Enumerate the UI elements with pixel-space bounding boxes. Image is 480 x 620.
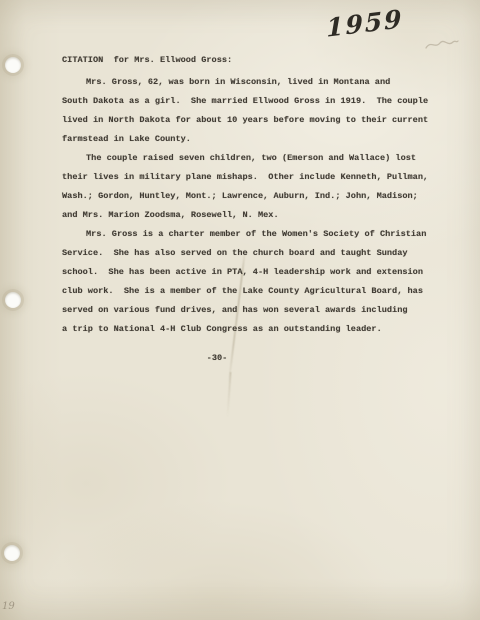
punch-hole-middle [5, 292, 21, 308]
corner-pencil-mark: 19 [2, 601, 15, 612]
paper-crease-tail [226, 372, 231, 418]
paragraph-1: Mrs. Gross, 62, was born in Wisconsin, l… [62, 73, 424, 149]
paragraph-line: and Mrs. Marion Zoodsma, Rosewell, N. Me… [62, 206, 424, 225]
paragraph-2: The couple raised seven children, two (E… [62, 149, 424, 225]
paragraph-line: a trip to National 4-H Club Congress as … [62, 320, 424, 339]
paragraph-line: Wash.; Gordon, Huntley, Mont.; Lawrence,… [62, 187, 424, 206]
paragraph-line: Mrs. Gross is a charter member of the Wo… [62, 225, 424, 244]
handwritten-year-annotation: 1959 [326, 4, 404, 43]
paragraph-line: their lives in military plane mishaps. O… [62, 168, 424, 187]
paragraph-line: club work. She is a member of the Lake C… [62, 282, 424, 301]
paragraph-line: The couple raised seven children, two (E… [62, 149, 424, 168]
pencil-squiggle-mark [424, 36, 460, 54]
typewritten-text-block: CITATION for Mrs. Ellwood Gross: Mrs. Gr… [62, 51, 424, 368]
paragraph-line: served on various fund drives, and has w… [62, 301, 424, 320]
scanned-document-page: 1959 CITATION for Mrs. Ellwood Gross: Mr… [0, 0, 480, 620]
punch-hole-top [5, 57, 21, 73]
paragraph-3: Mrs. Gross is a charter member of the Wo… [62, 225, 424, 339]
paragraph-line: Service. She has also served on the chur… [62, 244, 424, 263]
end-mark: -30- [36, 349, 398, 368]
paragraph-line: South Dakota as a girl. She married Ellw… [62, 92, 424, 111]
paragraph-line: farmstead in Lake County. [62, 130, 424, 149]
paragraph-line: school. She has been active in PTA, 4-H … [62, 263, 424, 282]
paragraph-line: lived in North Dakota for about 10 years… [62, 111, 424, 130]
document-title: CITATION for Mrs. Ellwood Gross: [62, 51, 424, 70]
punch-hole-bottom [4, 545, 20, 561]
paragraph-line: Mrs. Gross, 62, was born in Wisconsin, l… [62, 73, 424, 92]
